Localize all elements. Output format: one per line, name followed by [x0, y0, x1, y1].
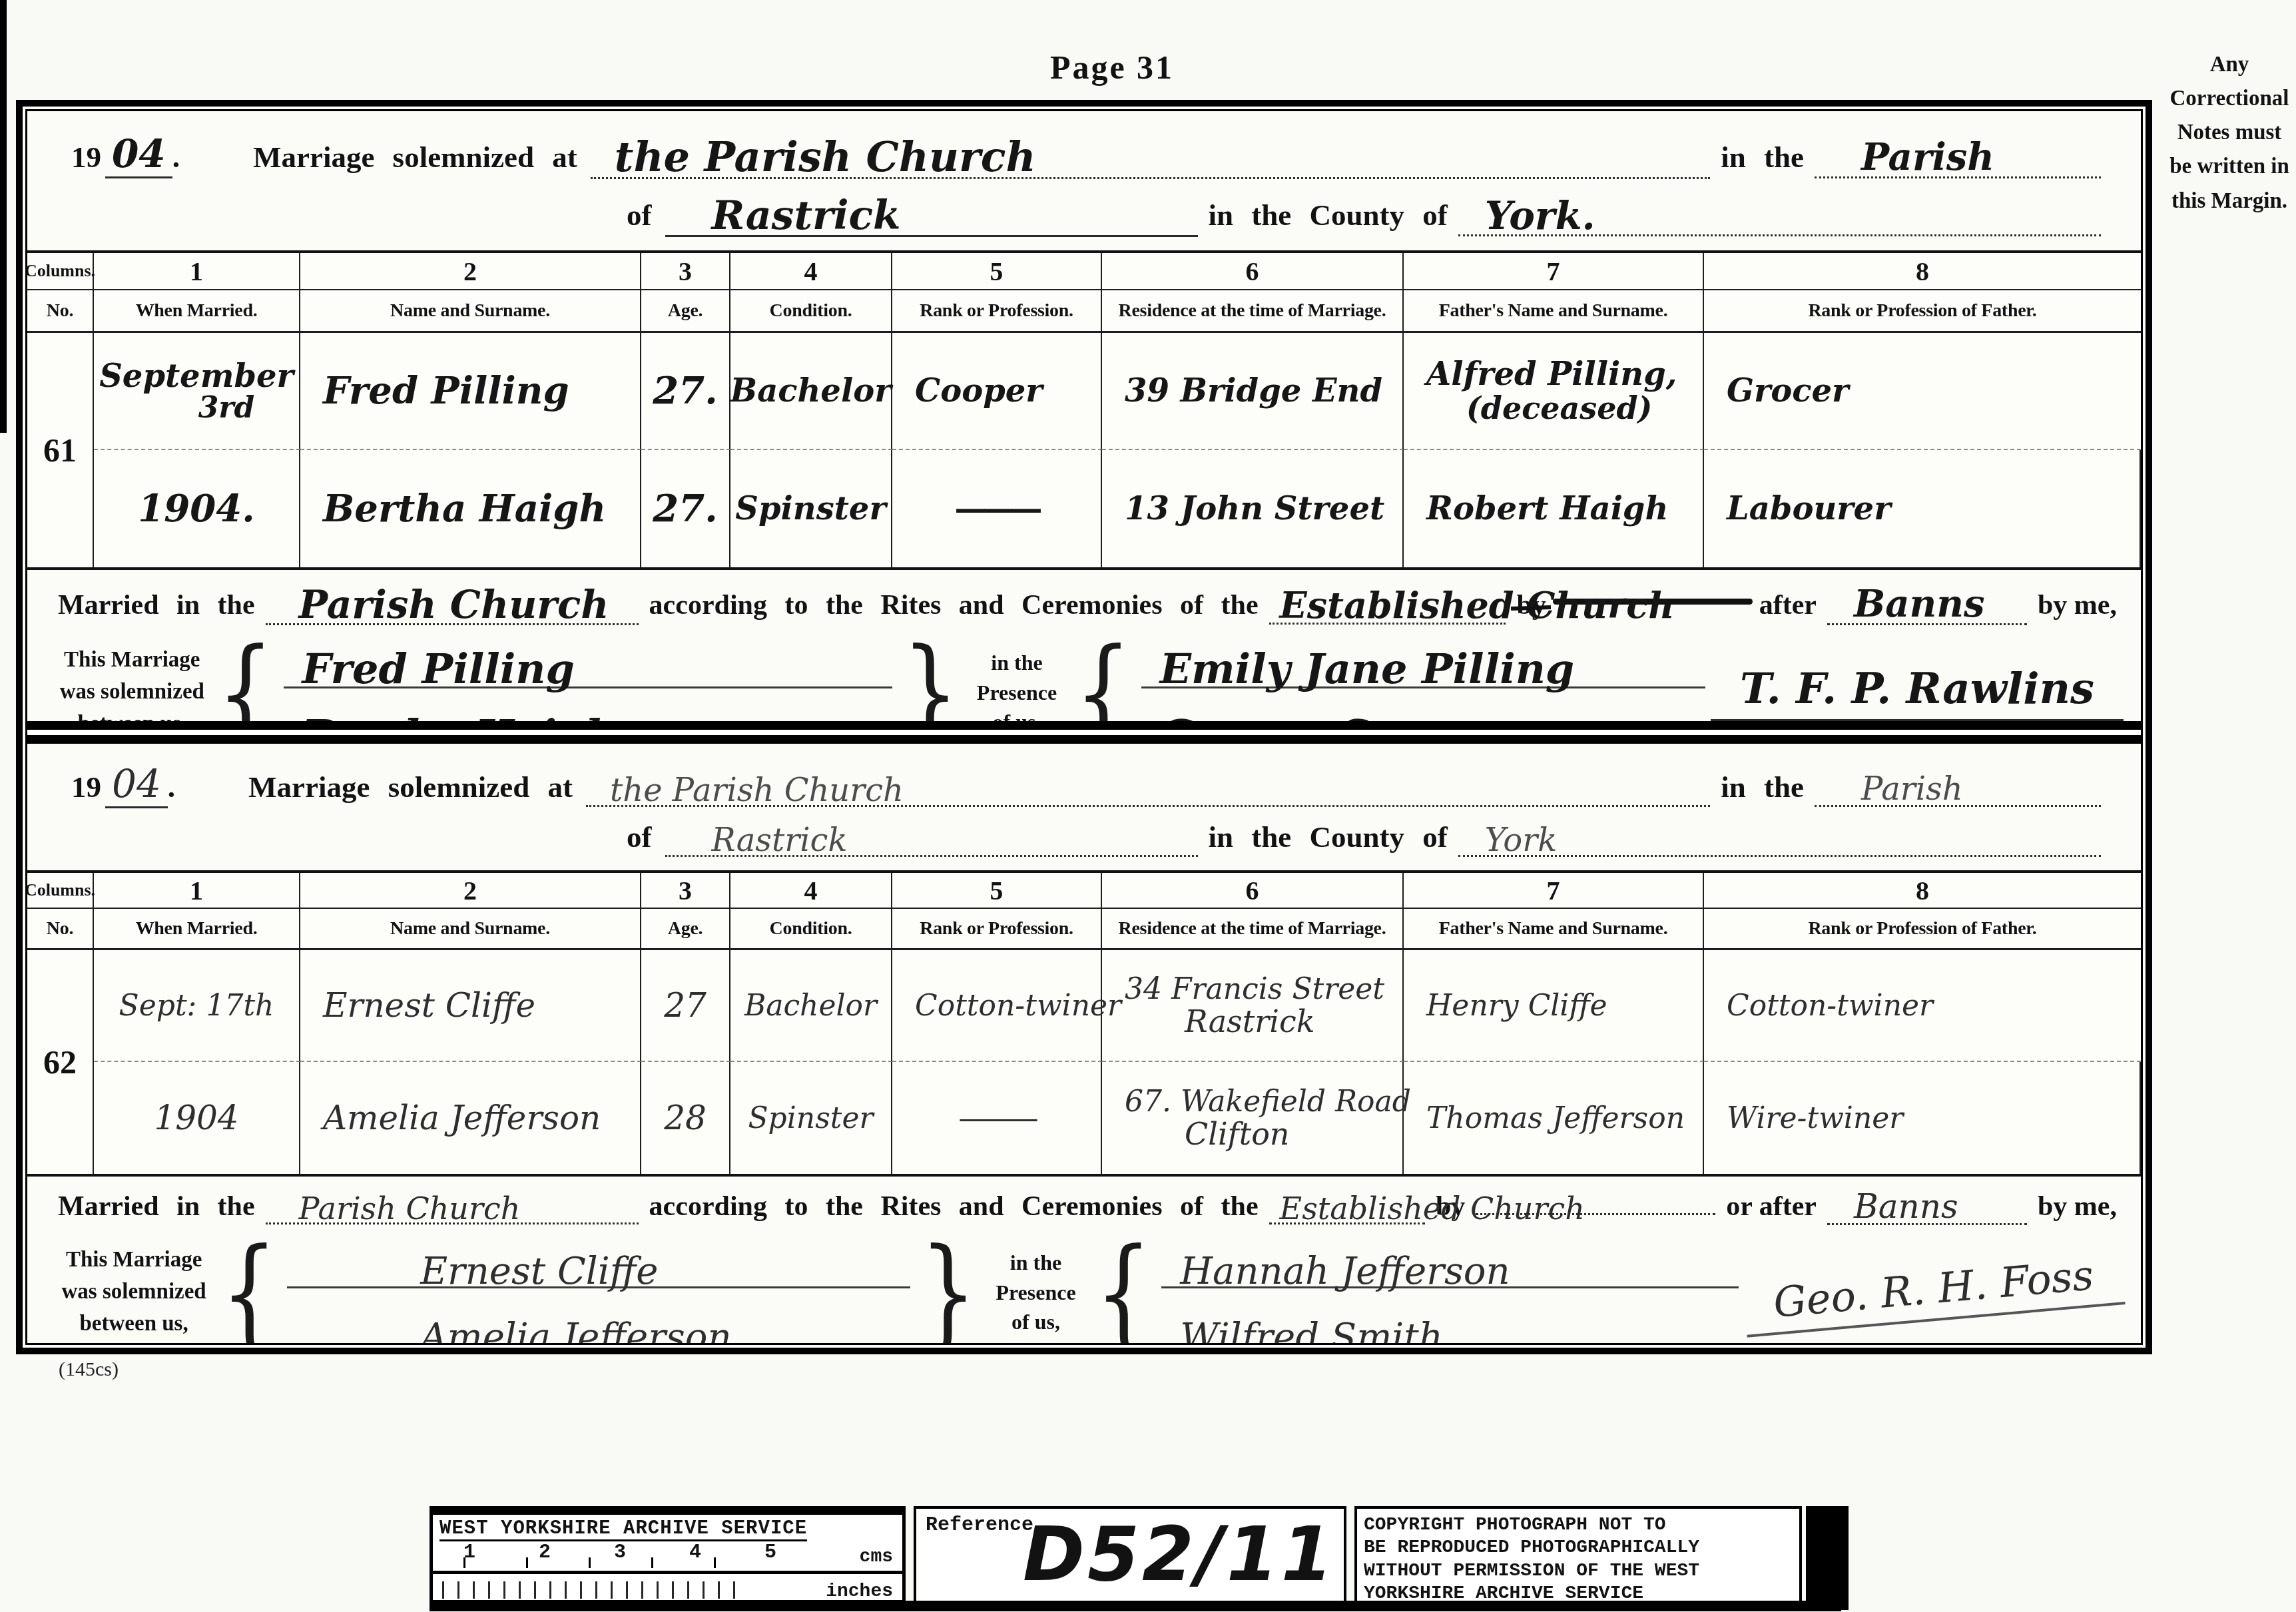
county-of-label: in the County of: [1209, 198, 1448, 232]
copyright-line: WITHOUT PERMISSION OF THE WEST: [1364, 1560, 1793, 1583]
witness2-signature-line: George Swan: [1141, 696, 1705, 721]
church-blank: Established Church: [1269, 580, 1506, 625]
officiant-area: Geo. R. H. Foss: [1744, 1264, 2124, 1321]
year-prefix: 19: [71, 140, 101, 174]
this-marriage-l3: between us,: [51, 1308, 216, 1340]
bride-condition-text: Spinster: [748, 1101, 873, 1135]
col-father-rank: Rank or Profession of Father.: [1704, 290, 2141, 333]
entry-61-signatures: This Marriage was solemnized between us,…: [27, 625, 2141, 721]
presence-l2: Presence: [963, 678, 1071, 708]
party1-signature: Ernest Cliffe: [287, 1250, 658, 1293]
rites-label: according to the Rites and Ceremonies of…: [649, 1191, 1259, 1222]
by-label-struck: by: [1516, 589, 1546, 621]
col-father-rank: Rank or Profession of Father.: [1704, 909, 2141, 950]
col-num-4: 4: [730, 873, 892, 909]
ruler-inch-ticks: [442, 1581, 748, 1599]
groom-father-name: Henry Cliffe: [1426, 989, 1607, 1023]
col-num-1: 1: [94, 253, 300, 290]
col-when-married: When Married.: [94, 290, 300, 333]
party2-signature: Amelia Jefferson: [287, 1316, 731, 1343]
groom-age: 27.: [641, 333, 730, 450]
col-num-8: 8: [1704, 253, 2141, 290]
entry-62-table: Columns. 1 2 3 4 5 6 7 8 No. When Marrie…: [27, 870, 2141, 1177]
groom-condition: Bachelor: [730, 950, 892, 1062]
col-father: Father's Name and Surname.: [1404, 290, 1704, 333]
brace-open: [216, 1232, 282, 1343]
groom-name-text: Ernest Cliffe: [323, 986, 535, 1025]
groom-residence-sub: Rastrick: [1125, 1003, 1315, 1039]
entry-number: 62: [27, 950, 94, 1174]
or-after-label: or after: [1726, 1191, 1817, 1222]
witness1-signature-line: Hannah Jefferson: [1161, 1230, 1739, 1288]
church-blank: Established Church: [1269, 1187, 1425, 1224]
col-condition: Condition.: [730, 909, 892, 950]
bride-father-rank-text: Labourer: [1727, 490, 1890, 527]
col-num-2: 2: [300, 253, 641, 290]
place-blank: the Parish Church: [586, 768, 1710, 807]
after-label: after: [1759, 589, 1817, 621]
bride-rank: ———: [892, 450, 1102, 567]
col-num-7: 7: [1404, 873, 1704, 909]
col-rank: Rank or Profession.: [892, 290, 1102, 333]
entry-number: 61: [27, 333, 94, 567]
party-signatures: Ernest Cliffe Amelia Jefferson: [282, 1230, 916, 1343]
entry-62-header-line1: 19 04 . Marriage solemnized at the Paris…: [27, 744, 2141, 808]
groom-age-text: 27: [664, 986, 707, 1025]
ruler-divider: [433, 1571, 902, 1574]
groom-name: Ernest Cliffe: [300, 950, 641, 1062]
presence-l1: in the: [981, 1248, 1091, 1278]
county-handwritten: York.: [1458, 193, 1595, 238]
groom-rank-text: Cotton-twiner: [915, 989, 1121, 1023]
bride-age: 27.: [641, 450, 730, 567]
in-the-label: in the: [1721, 770, 1804, 804]
bride-when: 1904: [94, 1062, 300, 1174]
this-marriage-label: This Marriage was solemnized between us,: [51, 1244, 216, 1340]
banns-blank: Banns: [1827, 1185, 2027, 1225]
bride-name: Amelia Jefferson: [300, 1062, 641, 1174]
groom-residence-main: 34 Francis Street: [1125, 972, 1384, 1006]
parish-handwritten: Parish: [1815, 135, 1994, 179]
this-marriage-label: This Marriage was solemnized between us,: [51, 645, 213, 721]
col-residence: Residence at the time of Marriage.: [1102, 290, 1404, 333]
register-scan: Page 31 Any Correctional Notes must be w…: [0, 0, 2296, 1612]
party2-signature: Bertha Haigh: [284, 710, 616, 721]
bride-father-name: Thomas Jefferson: [1426, 1101, 1685, 1135]
bride-father: Thomas Jefferson: [1404, 1062, 1704, 1174]
witness2-signature: Wilfred Smith: [1161, 1316, 1443, 1343]
margin-note-line: Any Correctional: [2165, 48, 2293, 116]
county-handwritten: York: [1458, 822, 1557, 859]
presence-l3: of us,: [963, 707, 1071, 721]
brace-open: [1071, 632, 1136, 721]
bride-rank: ———: [892, 1062, 1102, 1174]
page-number: Page 31: [972, 48, 1252, 87]
parish-handwritten: Parish: [1815, 770, 1963, 808]
bride-rank-text: ———: [955, 490, 1039, 527]
township-blank: Rastrick: [665, 818, 1198, 857]
scan-edge-artifact: [0, 0, 7, 433]
copyright-line: COPYRIGHT PHOTOGRAPH NOT TO: [1364, 1514, 1793, 1537]
groom-father: Alfred Pilling, (deceased): [1404, 333, 1704, 450]
county-blank: York: [1458, 818, 2101, 857]
married-place-blank: Parish Church: [266, 1187, 639, 1224]
church-handwritten: Established Church: [1269, 584, 1675, 627]
bride-residence-main: 67. Wakefield Road: [1125, 1085, 1411, 1119]
this-marriage-l2: was solemnized: [51, 1276, 216, 1308]
groom-when: Sept: 17th: [94, 950, 300, 1062]
groom-father-note: (deceased): [1426, 390, 1652, 426]
groom-name: Fred Pilling: [300, 333, 641, 450]
witness1-signature: Hannah Jefferson: [1161, 1250, 1510, 1293]
married-place-handwritten: Parish Church: [266, 1191, 521, 1226]
township-blank: Rastrick: [665, 188, 1198, 237]
bride-father-rank-text: Wire-twiner: [1727, 1101, 1903, 1135]
entry-61-married-in-line: Married in the Parish Church according t…: [27, 570, 2141, 625]
bride-rank-text: ———: [959, 1101, 1035, 1135]
this-marriage-l1: This Marriage: [51, 1244, 216, 1276]
solemnized-at-label: Marriage solemnized at: [253, 140, 577, 174]
col-num-7: 7: [1404, 253, 1704, 290]
township-handwritten: Rastrick: [665, 822, 848, 859]
no-label: No.: [27, 290, 94, 333]
entry-62-signatures: This Marriage was solemnized between us,…: [27, 1225, 2141, 1343]
parish-blank: Parish: [1815, 133, 2101, 178]
col-num-5: 5: [892, 873, 1102, 909]
entry-61-header-line1: 19 04 . Marriage solemnized at the Paris…: [27, 111, 2141, 179]
groom-rank: Cooper: [892, 333, 1102, 450]
columns-label: Columns.: [27, 873, 94, 909]
presence-l1: in the: [963, 648, 1071, 678]
groom-father-rank: Cotton-twiner: [1704, 950, 2141, 1062]
party-signatures: Fred Pilling Bertha Haigh: [278, 631, 898, 721]
bride-condition-text: Spinster: [735, 490, 886, 527]
solemnized-at-label: Marriage solemnized at: [248, 770, 573, 804]
col-num-6: 6: [1102, 873, 1404, 909]
archive-ruler-card: WEST YORKSHIRE ARCHIVE SERVICE 1 2 3 4 5…: [430, 1506, 906, 1603]
copyright-card: COPYRIGHT PHOTOGRAPH NOT TO BE REPRODUCE…: [1354, 1506, 1802, 1603]
col-rank: Rank or Profession.: [892, 909, 1102, 950]
bride-name-text: Amelia Jefferson: [323, 1099, 601, 1137]
party2-signature-line: Bertha Haigh: [284, 696, 893, 721]
columns-label: Columns.: [27, 253, 94, 290]
register-form-inner: 19 04 . Marriage solemnized at the Paris…: [25, 109, 2143, 1345]
copyright-line: BE REPRODUCED PHOTOGRAPHICALLY: [1364, 1537, 1793, 1559]
register-form: 19 04 . Marriage solemnized at the Paris…: [16, 100, 2152, 1354]
groom-father-rank-text: Grocer: [1727, 372, 1849, 409]
township-handwritten: Rastrick: [665, 192, 901, 239]
this-marriage-l2: was solemnized: [51, 676, 213, 708]
col-num-2: 2: [300, 873, 641, 909]
entry-61-header-line2: of Rastrick in the County of York.: [27, 188, 2141, 237]
margin-note: Any Correctional Notes must be written i…: [2165, 48, 2293, 218]
groom-name-text: Fred Pilling: [323, 369, 569, 413]
bride-residence-text: 13 John Street: [1125, 490, 1384, 527]
groom-father-name: Alfred Pilling,: [1426, 356, 1677, 393]
col-num-4: 4: [730, 253, 892, 290]
groom-residence: 39 Bridge End: [1102, 333, 1404, 450]
bride-father-name: Robert Haigh: [1426, 490, 1668, 527]
col-num-1: 1: [94, 873, 300, 909]
presence-label: in the Presence of us,: [981, 1248, 1091, 1337]
groom-age: 27: [641, 950, 730, 1062]
margin-note-line: Notes must: [2165, 116, 2293, 150]
by-me-label: by me,: [2038, 589, 2117, 621]
bride-name-text: Bertha Haigh: [323, 487, 606, 531]
groom-condition: Bachelor: [730, 333, 892, 450]
col-num-8: 8: [1704, 873, 2141, 909]
groom-rank-text: Cooper: [915, 372, 1043, 409]
year-prefix: 19: [71, 770, 101, 804]
witness-signatures: Hannah Jefferson Wilfred Smith: [1156, 1230, 1744, 1343]
married-in-the-label: Married in the: [58, 589, 255, 621]
married-place-handwritten: Parish Church: [266, 582, 609, 627]
year-handwritten: 04: [105, 131, 172, 178]
bride-age-text: 28: [664, 1099, 707, 1137]
presence-l2: Presence: [981, 1278, 1091, 1308]
entry-divider-rule: [27, 721, 2141, 744]
rites-label: according to the Rites and Ceremonies of…: [649, 589, 1259, 621]
groom-when-main: September: [99, 358, 294, 395]
col-residence: Residence at the time of Marriage.: [1102, 909, 1404, 950]
entry-61-table: Columns. 1 2 3 4 5 6 7 8 No. When Marrie…: [27, 250, 2141, 570]
col-age: Age.: [641, 909, 730, 950]
bride-condition: Spinster: [730, 450, 892, 567]
groom-condition-text: Bachelor: [730, 372, 892, 409]
groom-father-rank-text: Cotton-twiner: [1727, 989, 1933, 1023]
party1-signature-line: Fred Pilling: [284, 631, 893, 688]
bride-when-text: 1904.: [138, 487, 254, 531]
county-of-label: in the County of: [1209, 820, 1448, 854]
scan-edge-artifact: [1806, 1506, 1849, 1610]
margin-note-line: be written in: [2165, 150, 2293, 184]
reference-value: D52/11: [1023, 1511, 1336, 1598]
groom-residence-text: 39 Bridge End: [1125, 372, 1382, 409]
this-marriage-l3: between us,: [51, 708, 213, 721]
year-dot: .: [172, 140, 180, 174]
ruler-title: WEST YORKSHIRE ARCHIVE SERVICE: [439, 1517, 807, 1541]
inches-label: inches: [826, 1581, 893, 1602]
col-name-surname: Name and Surname.: [300, 290, 641, 333]
year-handwritten: 04: [105, 761, 168, 808]
col-condition: Condition.: [730, 290, 892, 333]
presence-l3: of us,: [981, 1307, 1091, 1337]
groom-residence: 34 Francis Street Rastrick: [1102, 950, 1404, 1062]
party2-signature-line: Amelia Jefferson: [287, 1296, 910, 1343]
place-blank: the Parish Church: [591, 129, 1710, 179]
witness2-signature: George Swan: [1141, 710, 1462, 721]
bride-father-rank: Labourer: [1704, 450, 2141, 567]
groom-rank: Cotton-twiner: [892, 950, 1102, 1062]
marriage-entry-62: 19 04 . Marriage solemnized at the Paris…: [27, 744, 2141, 1343]
banns-handwritten: Banns: [1827, 1187, 1958, 1226]
in-the-label: in the: [1721, 140, 1804, 174]
ruler-cm-ticks: [463, 1557, 776, 1568]
col-when-married: When Married.: [94, 909, 300, 950]
groom-when: September 3rd: [94, 333, 300, 450]
col-father: Father's Name and Surname.: [1404, 909, 1704, 950]
presence-label: in the Presence of us,: [963, 648, 1071, 721]
by-me-label: by me,: [2038, 1191, 2117, 1222]
married-place-blank: Parish Church: [266, 578, 639, 625]
reference-card: Reference D52/11: [914, 1506, 1346, 1603]
witness2-signature-line: Wilfred Smith: [1161, 1296, 1739, 1343]
banns-handwritten: Banns: [1827, 582, 1985, 626]
party1-signature: Fred Pilling: [284, 645, 575, 693]
bride-residence: 13 John Street: [1102, 450, 1404, 567]
col-num-6: 6: [1102, 253, 1404, 290]
place-handwritten: the Parish Church: [586, 772, 904, 809]
witness-signatures: Emily Jane Pilling George Swan: [1136, 631, 1711, 721]
entry-62-married-in-line: Married in the Parish Church according t…: [27, 1177, 2141, 1225]
brace-close: [916, 1232, 981, 1343]
bride-residence-sub: Clifton: [1125, 1116, 1289, 1152]
col-age: Age.: [641, 290, 730, 333]
groom-father: Henry Cliffe: [1404, 950, 1704, 1062]
col-num-3: 3: [641, 253, 730, 290]
marriage-entry-61: 19 04 . Marriage solemnized at the Paris…: [27, 111, 2141, 721]
bride-age: 28: [641, 1062, 730, 1174]
witness1-signature-line: Emily Jane Pilling: [1141, 631, 1705, 688]
officiant-signature: T. F. P. Rawlins: [1711, 664, 2124, 722]
bride-when: 1904.: [94, 450, 300, 567]
of-label: of: [627, 820, 652, 854]
bride-father: Robert Haigh: [1404, 450, 1704, 567]
place-handwritten: the Parish Church: [591, 133, 1036, 181]
entry-62-header-line2: of Rastrick in the County of York: [27, 818, 2141, 857]
bride-father-rank: Wire-twiner: [1704, 1062, 2141, 1174]
margin-note-line: this Margin.: [2165, 184, 2293, 218]
form-print-code: (145cs): [59, 1358, 119, 1381]
groom-condition-text: Bachelor: [744, 989, 877, 1023]
officiant-signature: Geo. R. H. Foss: [1742, 1248, 2125, 1337]
col-name-surname: Name and Surname.: [300, 909, 641, 950]
archive-footer-strip: WEST YORKSHIRE ARCHIVE SERVICE 1 2 3 4 5…: [430, 1506, 1849, 1610]
county-blank: York.: [1458, 189, 2101, 236]
bride-name: Bertha Haigh: [300, 450, 641, 567]
bride-residence: 67. Wakefield Road Clifton: [1102, 1062, 1404, 1174]
col-num-3: 3: [641, 873, 730, 909]
no-label: No.: [27, 909, 94, 950]
groom-when-main: Sept: 17th: [119, 989, 274, 1023]
bride-condition: Spinster: [730, 1062, 892, 1174]
col-num-5: 5: [892, 253, 1102, 290]
year-dot: .: [168, 770, 175, 804]
groom-age-text: 27.: [653, 369, 717, 413]
party1-signature-line: Ernest Cliffe: [287, 1230, 910, 1288]
brace-open: [213, 632, 278, 721]
witness1-signature: Emily Jane Pilling: [1141, 645, 1574, 693]
officiant-area: T. F. P. Rawlins: [1711, 664, 2124, 722]
church-handwritten: Established Church: [1269, 1191, 1585, 1226]
of-label: of: [627, 198, 652, 232]
parish-blank: Parish: [1815, 768, 2101, 807]
groom-when-sub: 3rd: [139, 391, 255, 425]
cms-label: cms: [860, 1547, 893, 1567]
brace-close: [898, 632, 963, 721]
scan-bottom-bar: [430, 1601, 1841, 1611]
bride-age-text: 27.: [653, 487, 717, 531]
brace-open: [1091, 1232, 1156, 1343]
bride-when-text: 1904: [154, 1099, 238, 1137]
groom-father-rank: Grocer: [1704, 333, 2141, 450]
married-in-the-label: Married in the: [58, 1191, 255, 1222]
banns-blank: Banns: [1827, 579, 2027, 625]
this-marriage-l1: This Marriage: [51, 645, 213, 676]
